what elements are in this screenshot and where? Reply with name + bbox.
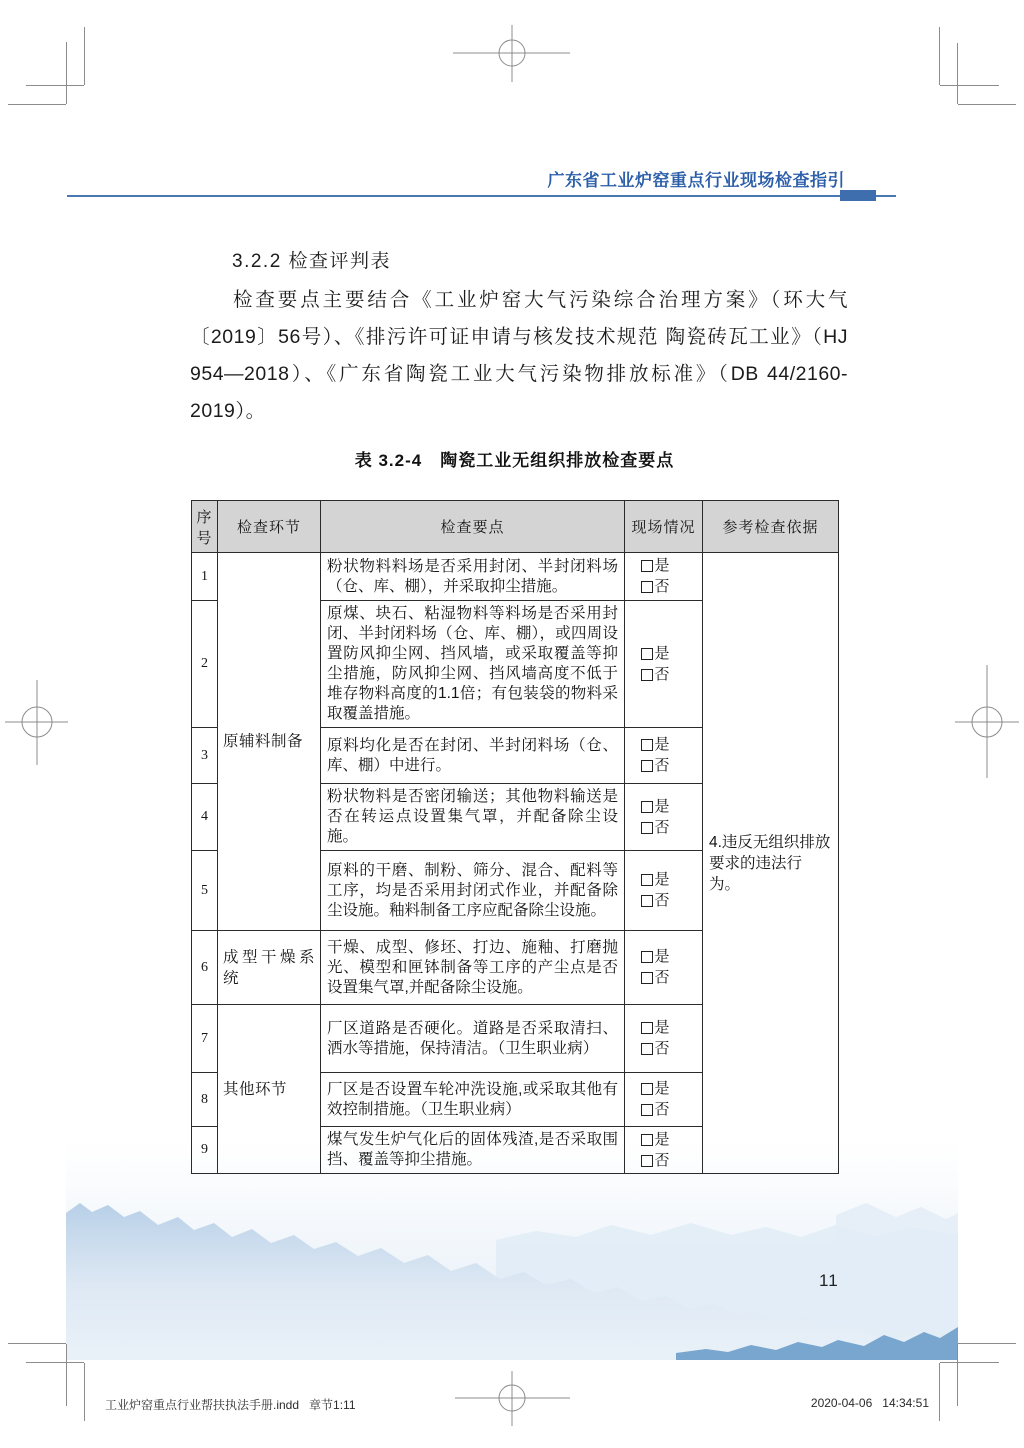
checkbox-icon bbox=[641, 760, 653, 772]
no-option: 否 bbox=[641, 756, 687, 776]
no-option: 否 bbox=[641, 818, 687, 838]
yes-option: 是 bbox=[641, 1130, 687, 1150]
inspection-table: 序号 检查环节 检查要点 现场情况 参考检查依据 1原辅料制备粉状物料料场是否采… bbox=[191, 500, 839, 1174]
option-label: 否 bbox=[655, 1039, 670, 1059]
situation-cell: 是否 bbox=[625, 728, 703, 784]
yes-option: 是 bbox=[641, 735, 687, 755]
situation-cell: 是否 bbox=[625, 931, 703, 1005]
table-row: 1原辅料制备粉状物料料场是否采用封闭、半封闭料场（仓、库、棚），并采取抑尘措施。… bbox=[192, 553, 839, 601]
row-number: 8 bbox=[192, 1073, 218, 1127]
option-label: 否 bbox=[655, 1100, 670, 1120]
checkbox-icon bbox=[641, 648, 653, 660]
row-number: 1 bbox=[192, 553, 218, 601]
checkbox-icon bbox=[641, 822, 653, 834]
situation-cell: 是否 bbox=[625, 1127, 703, 1174]
option-label: 是 bbox=[655, 1130, 670, 1150]
stage-cell: 成型干燥系统 bbox=[218, 931, 321, 1005]
yes-option: 是 bbox=[641, 870, 687, 890]
footer-file-info: 工业炉窑重点行业帮扶执法手册.indd 章节1:11 bbox=[105, 1396, 356, 1413]
header-row: 序号 检查环节 检查要点 现场情况 参考检查依据 bbox=[192, 501, 839, 553]
document-page: 广东省工业炉窑重点行业现场检查指引 3.2.2 检查评判表 检查要点主要结合《工… bbox=[0, 0, 1024, 1448]
check-point-cell: 原料的干磨、制粉、筛分、混合、配料等工序，均是否采用封闭式作业，并配备除尘设施。… bbox=[321, 851, 625, 931]
row-number: 4 bbox=[192, 784, 218, 851]
checkbox-icon bbox=[641, 874, 653, 886]
option-label: 否 bbox=[655, 756, 670, 776]
checklist-table-body: 1原辅料制备粉状物料料场是否采用封闭、半封闭料场（仓、库、棚），并采取抑尘措施。… bbox=[192, 553, 839, 1174]
row-number: 7 bbox=[192, 1005, 218, 1073]
option-label: 是 bbox=[655, 1079, 670, 1099]
checkbox-icon bbox=[641, 669, 653, 681]
situation-cell: 是否 bbox=[625, 851, 703, 931]
option-label: 否 bbox=[655, 968, 670, 988]
checkbox-icon bbox=[641, 560, 653, 572]
option-label: 是 bbox=[655, 1018, 670, 1038]
check-point-cell: 粉状物料料场是否采用封闭、半封闭料场（仓、库、棚），并采取抑尘措施。 bbox=[321, 553, 625, 601]
checkbox-icon bbox=[641, 739, 653, 751]
situation-cell: 是否 bbox=[625, 601, 703, 728]
checkbox-icon bbox=[641, 1022, 653, 1034]
stage-cell: 原辅料制备 bbox=[218, 553, 321, 931]
yes-option: 是 bbox=[641, 644, 687, 664]
row-number: 9 bbox=[192, 1127, 218, 1174]
option-label: 是 bbox=[655, 947, 670, 967]
option-label: 否 bbox=[655, 1151, 670, 1171]
table-caption: 表 3.2-4 陶瓷工业无组织排放检查要点 bbox=[191, 446, 838, 471]
checkbox-icon bbox=[641, 1134, 653, 1146]
row-number: 5 bbox=[192, 851, 218, 931]
yes-option: 是 bbox=[641, 797, 687, 817]
column-header-reference: 参考检查依据 bbox=[703, 501, 839, 553]
option-label: 否 bbox=[655, 818, 670, 838]
situation-cell: 是否 bbox=[625, 1073, 703, 1127]
no-option: 否 bbox=[641, 1151, 687, 1171]
option-label: 是 bbox=[655, 797, 670, 817]
check-point-cell: 厂区道路是否硬化。道路是否采取清扫、洒水等措施，保持清洁。（卫生职业病） bbox=[321, 1005, 625, 1073]
checkbox-icon bbox=[641, 1043, 653, 1055]
yes-option: 是 bbox=[641, 1018, 687, 1038]
column-header-situation: 现场情况 bbox=[625, 501, 703, 553]
header-accent-bar bbox=[840, 190, 876, 201]
check-point-cell: 粉状物料是否密闭输送；其他物料输送是否在转运点设置集气罩，并配备除尘设施。 bbox=[321, 784, 625, 851]
check-point-cell: 煤气发生炉气化后的固体残渣,是否采取围挡、覆盖等抑尘措施。 bbox=[321, 1127, 625, 1174]
row-number: 2 bbox=[192, 601, 218, 728]
yes-option: 是 bbox=[641, 1079, 687, 1099]
no-option: 否 bbox=[641, 665, 687, 685]
checkbox-icon bbox=[641, 1083, 653, 1095]
row-number: 6 bbox=[192, 931, 218, 1005]
intro-paragraph: 检查要点主要结合《工业炉窑大气污染综合治理方案》（环大气〔2019〕56号）、《… bbox=[190, 282, 848, 430]
running-header-title: 广东省工业炉窑重点行业现场检查指引 bbox=[548, 166, 846, 191]
page-number: 11 bbox=[819, 1271, 839, 1291]
column-header-point: 检查要点 bbox=[321, 501, 625, 553]
check-point-cell: 原煤、块石、粘湿物料等料场是否采用封闭、半封闭料场（仓、库、棚），或四周设置防风… bbox=[321, 601, 625, 728]
no-option: 否 bbox=[641, 968, 687, 988]
header-rule-line bbox=[67, 195, 896, 197]
no-option: 否 bbox=[641, 891, 687, 911]
footer-timestamp: 2020-04-06 14:34:51 bbox=[811, 1396, 929, 1410]
check-point-cell: 原料均化是否在封闭、半封闭料场（仓、库、棚）中进行。 bbox=[321, 728, 625, 784]
situation-cell: 是否 bbox=[625, 784, 703, 851]
no-option: 否 bbox=[641, 577, 687, 597]
yes-option: 是 bbox=[641, 947, 687, 967]
checkbox-icon bbox=[641, 895, 653, 907]
situation-cell: 是否 bbox=[625, 1005, 703, 1073]
option-label: 是 bbox=[655, 644, 670, 664]
no-option: 否 bbox=[641, 1039, 687, 1059]
option-label: 否 bbox=[655, 891, 670, 911]
stage-cell: 其他环节 bbox=[218, 1005, 321, 1174]
checkbox-icon bbox=[641, 972, 653, 984]
reference-cell: 4.违反无组织排放要求的违法行为。 bbox=[703, 553, 839, 1174]
checkbox-icon bbox=[641, 1104, 653, 1116]
row-number: 3 bbox=[192, 728, 218, 784]
option-label: 是 bbox=[655, 735, 670, 755]
option-label: 否 bbox=[655, 577, 670, 597]
column-header-no: 序号 bbox=[192, 501, 218, 553]
check-point-cell: 厂区是否设置车轮冲洗设施,或采取其他有效控制措施。（卫生职业病） bbox=[321, 1073, 625, 1127]
option-label: 否 bbox=[655, 665, 670, 685]
option-label: 是 bbox=[655, 870, 670, 890]
situation-cell: 是否 bbox=[625, 553, 703, 601]
option-label: 是 bbox=[655, 556, 670, 576]
checkbox-icon bbox=[641, 581, 653, 593]
check-point-cell: 干燥、成型、修坯、打边、施釉、打磨抛光、模型和匣钵制备等工序的产尘点是否设置集气… bbox=[321, 931, 625, 1005]
column-header-stage: 检查环节 bbox=[218, 501, 321, 553]
no-option: 否 bbox=[641, 1100, 687, 1120]
section-heading: 3.2.2 检查评判表 bbox=[232, 246, 391, 273]
checkbox-icon bbox=[641, 951, 653, 963]
checkbox-icon bbox=[641, 801, 653, 813]
checkbox-icon bbox=[641, 1155, 653, 1167]
yes-option: 是 bbox=[641, 556, 687, 576]
